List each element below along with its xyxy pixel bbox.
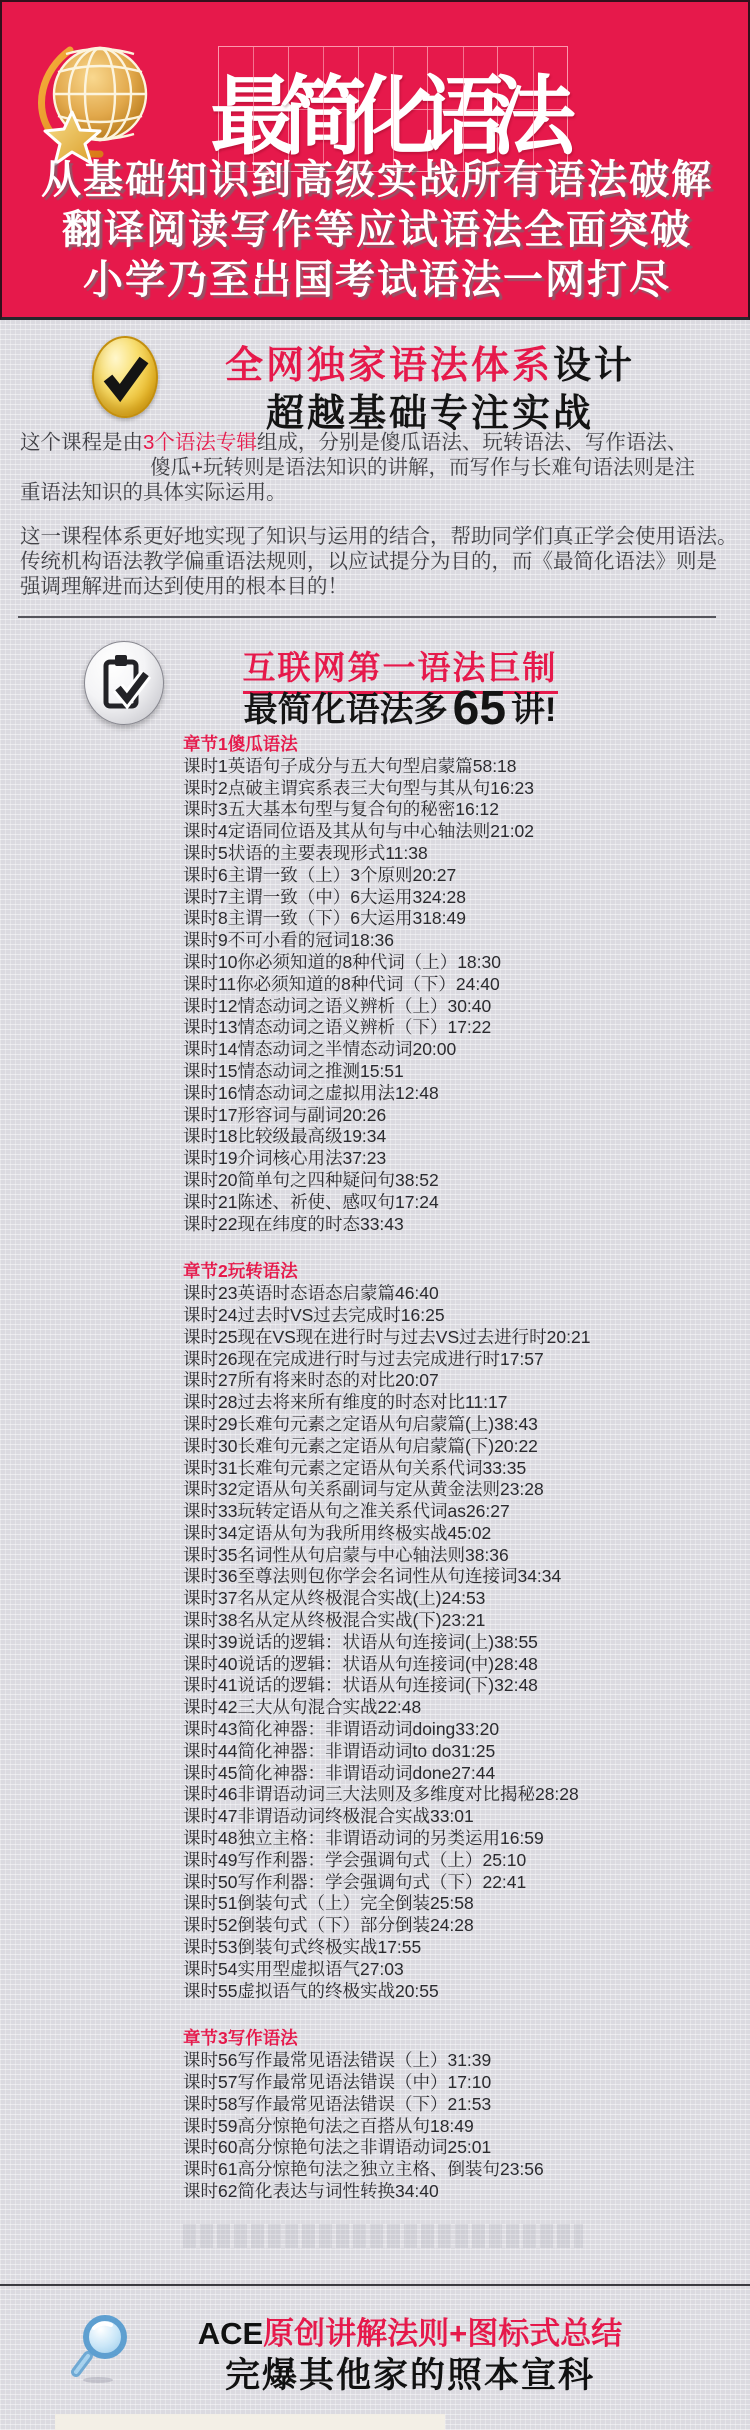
lesson-item: 课时44简化神器：非谓语动词to do31:25: [183, 1741, 743, 1763]
lesson-item: 课时52倒装句式（下）部分倒装24:28: [183, 1915, 743, 1937]
lesson-item: 课时48独立主格：非谓语动词的另类运用16:59: [183, 1828, 743, 1850]
intro-heading-black: 设计: [553, 345, 635, 387]
lesson-item: 课时8主谓一致（下）6大运用318:49: [183, 908, 743, 930]
lesson-item: 课时40说话的逻辑：状语从句连接词(中)28:48: [183, 1654, 743, 1676]
lesson-item: 课时42三大从句混合实战22:48: [183, 1697, 743, 1719]
catalog-title-line2: 最简化语法多65讲!: [160, 681, 640, 736]
promo-page: 最 简 化 语 法 从基础知识到高级实战所有语法破解 翻译阅读写作等应试语法全面…: [0, 0, 750, 2430]
next-image-edge: [55, 2414, 445, 2430]
banner-slogan-line2: 翻译阅读写作等应试语法全面突破: [2, 198, 750, 255]
chapter-heading: 章节3写作语法: [183, 2028, 743, 2050]
catalog-count-pre: 最简化语法多: [244, 691, 448, 729]
lesson-item: 课时62简化表达与词性转换34:40: [183, 2181, 743, 2203]
course-catalog-list: 章节1傻瓜语法课时1英语句子成分与五大句型启蒙篇58:18课时2点破主谓宾系表三…: [183, 734, 743, 2203]
section-divider: [18, 616, 716, 618]
intro-heading-line1: 全网独家语法体系设计: [110, 334, 750, 389]
lesson-item: 课时53倒装句式终极实战17:55: [183, 1937, 743, 1959]
lesson-item: 课时25现在VS现在进行时与过去VS过去进行时20:21: [183, 1327, 743, 1349]
lesson-item: 课时36至尊法则包你学会名词性从句连接词34:34: [183, 1566, 743, 1588]
lesson-item: 课时27所有将来时态的对比20:07: [183, 1370, 743, 1392]
lesson-item: 课时6主谓一致（上）3个原则20:27: [183, 865, 743, 887]
lesson-item: 课时13情态动词之语义辨析（下）17:22: [183, 1017, 743, 1039]
lesson-item: 课时3五大基本句型与复合句的秘密16:12: [183, 799, 743, 821]
lesson-item: 课时20简单句之四种疑问句38:52: [183, 1170, 743, 1192]
faded-ghost-text: [183, 2224, 583, 2248]
lesson-item: 课时60高分惊艳句法之非谓语动词25:01: [183, 2137, 743, 2159]
lesson-item: 课时56写作最常见语法错误（上）31:39: [183, 2050, 743, 2072]
lesson-item: 课时22现在纬度的时态33:43: [183, 1214, 743, 1236]
para1-seg1: 这个课程是由: [20, 431, 143, 454]
lesson-item: 课时1英语句子成分与五大句型启蒙篇58:18: [183, 756, 743, 778]
lesson-item: 课时29长难句元素之定语从句启蒙篇(上)38:43: [183, 1414, 743, 1436]
lesson-item: 课时34定语从句为我所用终极实战45:02: [183, 1523, 743, 1545]
lesson-item: 课时39说话的逻辑：状语从句连接词(上)38:55: [183, 1632, 743, 1654]
banner-slogan-line1: 从基础知识到高级实战所有语法破解: [2, 148, 750, 205]
lesson-item: 课时24过去时VS过去完成时16:25: [183, 1305, 743, 1327]
lesson-item: 课时30长难句元素之定语从句启蒙篇(下)20:22: [183, 1436, 743, 1458]
lesson-item: 课时5状语的主要表现形式11:38: [183, 843, 743, 865]
lesson-item: 课时17形容词与副词20:26: [183, 1105, 743, 1127]
lesson-item: 课时58写作最常见语法错误（下）21:53: [183, 2094, 743, 2116]
lesson-item: 课时54实用型虚拟语气27:03: [183, 1959, 743, 1981]
lesson-item: 课时45简化神器：非谓语动词done27:44: [183, 1763, 743, 1785]
intro-paragraph-2: 这一课程体系更好地实现了知识与运用的结合，帮助同学们真正学会使用语法。 传统机构…: [20, 524, 734, 599]
para2-line2: 传统机构语法教学偏重语法规则，以应试提分为目的，而《最简化语法》则是: [20, 549, 734, 574]
lesson-item: 课时11你必须知道的8种代词（下）24:40: [183, 974, 743, 996]
lesson-item: 课时50写作利器：学会强调句式（下）22:41: [183, 1872, 743, 1894]
intro-paragraph-1: 这个课程是由3个语法专辑组成，分别是傻瓜语法、玩转语法、写作语法、 傻瓜+玩转则…: [20, 430, 734, 505]
lecture-count: 65: [453, 682, 506, 735]
lesson-item: 课时57写作最常见语法错误（中）17:10: [183, 2072, 743, 2094]
footer-divider: [0, 2284, 750, 2286]
para1-seg2: 组成，分别是傻瓜语法、玩转语法、写作语法、: [257, 431, 688, 454]
para2-line3: 强调理解进而达到使用的根本目的！: [20, 574, 734, 599]
lesson-item: 课时37名从定从终极混合实战(上)24:53: [183, 1588, 743, 1610]
lesson-item: 课时21陈述、祈使、感叹句17:24: [183, 1192, 743, 1214]
footer-headline-1: ACE原创讲解法则+图标式总结: [130, 2308, 690, 2353]
footer-headline-2: 完爆其他家的照本宣科: [130, 2348, 690, 2398]
intro-heading-line2: 超越基础专注实战: [110, 382, 750, 437]
chapter-heading: 章节2玩转语法: [183, 1261, 743, 1283]
lesson-item: 课时12情态动词之语义辨析（上）30:40: [183, 996, 743, 1018]
lesson-item: 课时43简化神器：非谓语动词doing33:20: [183, 1719, 743, 1741]
lesson-item: 课时28过去将来所有维度的时态对比11:17: [183, 1392, 743, 1414]
chapter-heading: 章节1傻瓜语法: [183, 734, 743, 756]
lesson-item: 课时59高分惊艳句法之百搭从句18:49: [183, 2116, 743, 2138]
lesson-item: 课时23英语时态语态启蒙篇46:40: [183, 1283, 743, 1305]
lesson-item: 课时33玩转定语从句之准关系代词as26:27: [183, 1501, 743, 1523]
lesson-item: 课时55虚拟语气的终极实战20:55: [183, 1981, 743, 2003]
lesson-item: 课时7主谓一致（中）6大运用324:28: [183, 887, 743, 909]
lesson-item: 课时47非谓语动词终极混合实战33:01: [183, 1806, 743, 1828]
catalog-count-post: 讲!: [511, 691, 556, 729]
banner-slogan-line3: 小学乃至出国考试语法一网打尽: [2, 248, 750, 305]
lesson-item: 课时61高分惊艳句法之独立主格、倒装句23:56: [183, 2159, 743, 2181]
lesson-item: 课时35名词性从句启蒙与中心轴法则38:36: [183, 1545, 743, 1567]
lesson-item: 课时46非谓语动词三大法则及多维度对比揭秘28:28: [183, 1784, 743, 1806]
lesson-item: 课时49写作利器：学会强调句式（上）25:10: [183, 1850, 743, 1872]
lesson-item: 课时38名从定从终极混合实战(下)23:21: [183, 1610, 743, 1632]
lesson-item: 课时9不可小看的冠词18:36: [183, 930, 743, 952]
lesson-item: 课时15情态动词之推测15:51: [183, 1061, 743, 1083]
lesson-item: 课时14情态动词之半情态动词20:00: [183, 1039, 743, 1061]
lesson-item: 课时26现在完成进行时与过去完成进行时17:57: [183, 1349, 743, 1371]
para1-line2: 傻瓜+玩转则是语法知识的讲解，而写作与长难句语法则是注: [20, 455, 734, 480]
clipboard-check-icon: [94, 650, 154, 716]
lesson-item: 课时31长难句元素之定语从句关系代词33:35: [183, 1458, 743, 1480]
lesson-item: 课时51倒装句式（上）完全倒装25:58: [183, 1893, 743, 1915]
lesson-item: 课时18比较级最高级19:34: [183, 1126, 743, 1148]
lesson-item: 课时4定语同位语及其从句与中心轴法则21:02: [183, 821, 743, 843]
clipboard-badge: [84, 641, 164, 725]
lesson-item: 课时41说话的逻辑：状语从句连接词(下)32:48: [183, 1675, 743, 1697]
intro-heading-red: 全网独家语法体系: [225, 345, 553, 387]
lesson-item: 课时16情态动词之虚拟用法12:48: [183, 1083, 743, 1105]
lesson-item: 课时19介词核心用法37:23: [183, 1148, 743, 1170]
para1-line3: 重语法知识的具体实际运用。: [20, 480, 734, 505]
lesson-item: 课时10你必须知道的8种代词（上）18:30: [183, 952, 743, 974]
magnifier-icon: [68, 2312, 134, 2384]
lesson-item: 课时32定语从句关系副词与定从黄金法则23:28: [183, 1479, 743, 1501]
footer-headline-red: 原创讲解法则+图标式总结: [263, 2316, 622, 2351]
lesson-item: 课时2点破主谓宾系表三大句型与其从句16:23: [183, 778, 743, 800]
para2-line1: 这一课程体系更好地实现了知识与运用的结合，帮助同学们真正学会使用语法。: [20, 524, 734, 549]
para1-highlight: 3个语法专辑: [143, 431, 257, 454]
footer-brand: ACE: [198, 2316, 263, 2351]
header-banner: 最 简 化 语 法 从基础知识到高级实战所有语法破解 翻译阅读写作等应试语法全面…: [0, 0, 750, 320]
